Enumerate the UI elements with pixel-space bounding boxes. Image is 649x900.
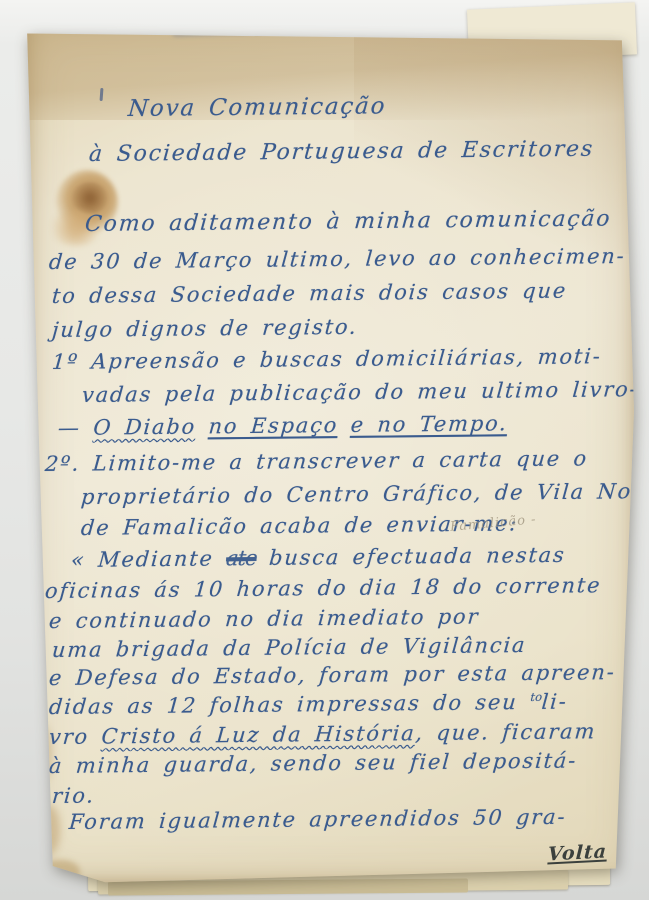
photo-background: Nova Comunicaçãoà Sociedade Portuguesa d… <box>0 0 649 900</box>
letter-line: — O Diabo no Espaço e no Tempo. <box>57 411 509 440</box>
letter-text-segment: proprietário do Centro Gráfico, de Vila … <box>80 479 649 509</box>
letter-line: à minha guarda, sendo seu fiel depositá- <box>48 748 578 778</box>
letter-line: 1º Apreensão e buscas domiciliárias, mot… <box>51 344 602 374</box>
letter-text-segment: à Sociedade Portuguesa de Escritores <box>88 137 595 167</box>
letter-text-segment: — <box>57 416 94 440</box>
letter-text-segment: Cristo á Luz da História <box>101 721 417 748</box>
letter-text-segment: no Espaço <box>208 413 339 438</box>
letter-text-segment: Nova Comunicação <box>127 93 387 122</box>
letter-line: 2º. Limito-me a transcrever a carta que … <box>44 446 589 476</box>
letter-text-segment: rio. <box>51 784 96 808</box>
letter-line: « Mediante ate busca efectuada nestas <box>70 543 566 572</box>
letter-line: to dessa Sociedade mais dois casos que <box>51 279 568 308</box>
letter-text-segment: julgo dignos de registo. <box>51 315 358 342</box>
letter-text-segment: vro <box>48 724 102 749</box>
letter-text-segment: , que. ficaram <box>415 719 598 745</box>
letter-line: vadas pela publicação do meu ultimo livr… <box>81 377 639 407</box>
letter-line: Nova Comunicação <box>127 93 387 122</box>
letter-text-segment: oficinas ás 10 horas do dia 18 do corren… <box>44 573 602 603</box>
letter-line: julgo dignos de registo. <box>51 315 358 342</box>
letter-text-segment: 2º. Limito-me a transcrever a carta que … <box>44 446 589 476</box>
letter-line: rio. <box>51 784 96 808</box>
letter-line: e Defesa do Estado, foram por esta apree… <box>48 660 616 690</box>
letter-text-segment: uma brigada da Polícia de Vigilância <box>51 633 527 662</box>
letter-text-segment: e no Tempo. <box>350 411 509 437</box>
paper-stain <box>26 724 52 784</box>
letter-text-segment: busca efectuada nestas <box>256 543 567 570</box>
letter-line: oficinas ás 10 horas do dia 18 do corren… <box>44 573 602 603</box>
letter-line: e continuado no dia imediato por <box>48 604 480 633</box>
letter-text-segment: « Mediante <box>70 546 227 572</box>
letter-line: à Sociedade Portuguesa de Escritores <box>88 137 595 167</box>
letter-line: uma brigada da Polícia de Vigilância <box>51 633 527 662</box>
letter-text-segment: vadas pela publicação do meu ultimo livr… <box>81 377 639 407</box>
turn-over-note: Volta <box>547 840 607 865</box>
manuscript-sheet-wrap: Nova Comunicaçãoà Sociedade Portuguesa d… <box>26 24 634 884</box>
letter-body: Nova Comunicaçãoà Sociedade Portuguesa d… <box>26 24 634 884</box>
letter-text-segment: li- <box>541 690 569 714</box>
letter-text-segment: à minha guarda, sendo seu fiel depositá- <box>48 748 578 778</box>
letter-line: de 30 de Março ultimo, levo ao conhecime… <box>48 244 626 274</box>
letter-text-segment: 1º Apreensão e buscas domiciliárias, mot… <box>51 344 602 374</box>
letter-text-segment: de 30 de Março ultimo, levo ao conhecime… <box>48 244 626 274</box>
ink-bleed-smudge <box>172 24 290 36</box>
letter-text-segment: Foram igualmente apreendidos 50 gra- <box>68 805 567 834</box>
letter-text-segment: Como aditamento à minha comunicação <box>84 206 612 237</box>
letter-text-segment: e Defesa do Estado, foram por esta apree… <box>48 660 616 690</box>
manuscript-page: Nova Comunicaçãoà Sociedade Portuguesa d… <box>26 24 634 884</box>
letter-line: didas as 12 folhas impressas do seu toli… <box>48 690 568 719</box>
letter-line: proprietário do Centro Gráfico, de Vila … <box>80 479 649 509</box>
letter-line: vro Cristo á Luz da História, que. ficar… <box>48 719 597 749</box>
letter-text-segment: didas as 12 folhas impressas do seu <box>48 690 531 719</box>
letter-text-segment: ate <box>225 546 257 570</box>
letter-text-segment: O Diabo <box>92 415 197 440</box>
letter-line: Como aditamento à minha comunicação <box>84 206 612 237</box>
letter-line: Foram igualmente apreendidos 50 gra- <box>68 805 567 834</box>
letter-text-segment: to dessa Sociedade mais dois casos que <box>51 279 568 308</box>
letter-text-segment: e continuado no dia imediato por <box>48 604 480 633</box>
